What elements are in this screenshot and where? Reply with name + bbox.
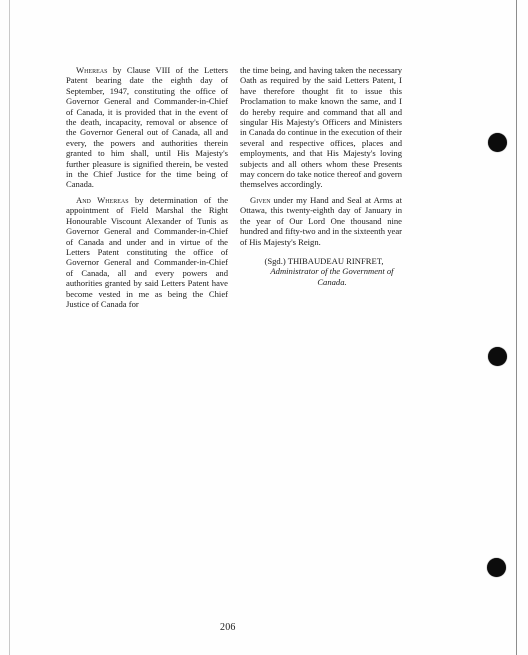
paragraph-text: by Clause VIII of the Letters Patent bea…: [66, 65, 228, 189]
document-page: Whereas by Clause VIII of the Letters Pa…: [0, 0, 528, 655]
paragraph-lead: Given: [250, 195, 271, 205]
signatory-name: (Sgd.) THIBAUDEAU RINFRET,: [240, 256, 402, 266]
paragraph-given: Given under my Hand and Seal at Arms at …: [240, 195, 402, 247]
signatory-title: Administrator of the Government of: [240, 266, 402, 276]
paragraph-whereas: Whereas by Clause VIII of the Letters Pa…: [66, 65, 228, 190]
punch-hole-icon: [488, 347, 507, 366]
punch-hole-icon: [488, 133, 507, 152]
left-column: Whereas by Clause VIII of the Letters Pa…: [66, 65, 228, 314]
paragraph-lead: Whereas: [76, 65, 107, 75]
signature-block: (Sgd.) THIBAUDEAU RINFRET, Administrator…: [240, 256, 402, 287]
page-edge-left: [9, 0, 10, 655]
page-edge-right: [516, 0, 517, 655]
signatory-title-cont: Canada.: [240, 277, 402, 287]
punch-hole-icon: [487, 558, 506, 577]
paragraph-and-whereas: And Whereas by determination of the appo…: [66, 195, 228, 309]
paragraph-continuation: the time being, and having taken the nec…: [240, 65, 402, 190]
paragraph-lead: And Whereas: [76, 195, 129, 205]
paragraph-text: the time being, and having taken the nec…: [240, 65, 402, 189]
page-number: 206: [220, 622, 236, 633]
right-column: the time being, and having taken the nec…: [240, 65, 402, 287]
paragraph-text: by determination of the appointment of F…: [66, 195, 228, 309]
